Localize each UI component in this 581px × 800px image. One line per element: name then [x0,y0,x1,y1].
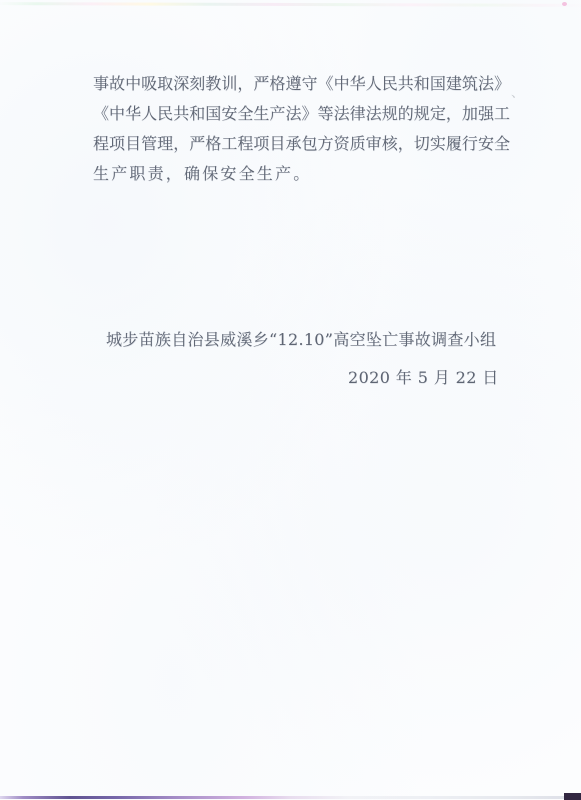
report-closing-paragraph: 事故中吸取深刻教训，严格遵守《中华人民共和国建筑法》 《中华人民共和国安全生产法… [93,69,510,189]
paragraph-line: 《中华人民共和国安全生产法》等法律法规的规定，加强工 [93,99,510,129]
scan-artifact-top-line [0,2,581,7]
paragraph-line: 生产职责，确保安全生产。 [93,159,510,189]
scanned-document-page: 事故中吸取深刻教训，严格遵守《中华人民共和国建筑法》 《中华人民共和国安全生产法… [0,0,581,800]
date-line: 2020 年 5 月 22 日 [348,365,499,388]
faint-punctuation-mark: 、 [511,82,524,101]
paragraph-line: 程项目管理，严格工程项目承包方资质审核，切实履行安全 [93,129,510,159]
scan-fleck [562,2,567,6]
paragraph-line: 事故中吸取深刻教训，严格遵守《中华人民共和国建筑法》 [93,69,510,99]
scan-artifact-bottom-line [0,796,581,799]
signature-line: 城步苗族自治县威溪乡“12.10”高空坠亡事故调查小组 [106,327,496,350]
scan-artifact-corner-block [564,793,581,800]
